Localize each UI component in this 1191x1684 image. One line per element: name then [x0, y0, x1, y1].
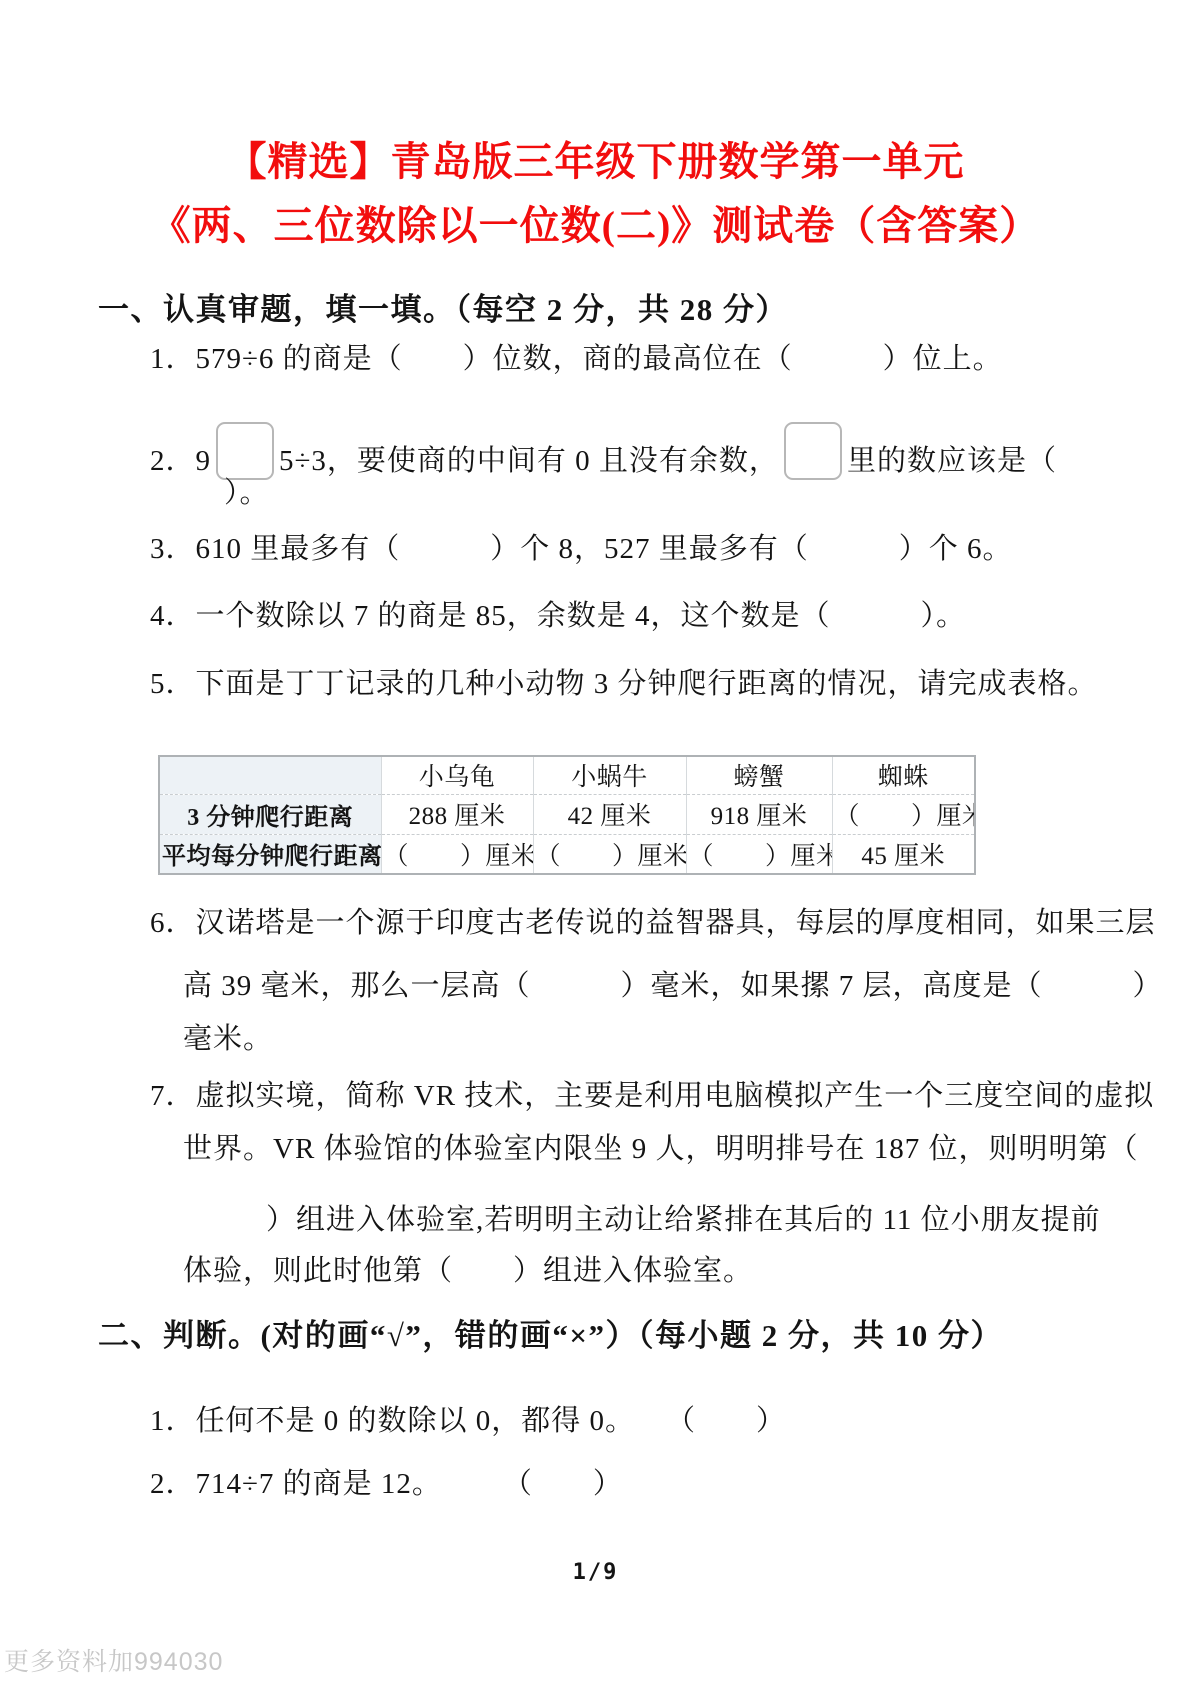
- table-cell: 45 厘米: [832, 834, 975, 874]
- table-header-row: 小乌龟 小蜗牛 螃蟹 蜘蛛: [159, 756, 975, 794]
- section-1-question-1: 1．579÷6 的商是（ ）位数，商的最高位在（ ）位上。: [150, 342, 1003, 376]
- table-cell: （ ）厘米: [832, 794, 975, 834]
- table-row-label: 3 分钟爬行距离: [159, 794, 381, 834]
- section-1-question-6-line-3: 毫米。: [183, 1022, 273, 1056]
- table-cell: 918 厘米: [686, 794, 832, 834]
- paper-title-line-2: 《两、三位数除以一位数(二)》测试卷（含答案）: [0, 194, 1191, 251]
- section-1-question-4: 4．一个数除以 7 的商是 85，余数是 4，这个数是（ ）。: [150, 599, 966, 633]
- watermark-text: 更多资料加994030: [4, 1642, 223, 1678]
- table-corner-cell: [159, 756, 381, 794]
- test-paper-page: { "colors": { "title_red": "#f20d0d", "t…: [0, 0, 1191, 1684]
- answer-box-1: [216, 422, 274, 480]
- table-header-turtle: 小乌龟: [381, 756, 533, 794]
- question-2-text-mid: 5÷3，要使商的中间有 0 且没有余数，: [279, 445, 779, 477]
- section-1-question-2: 2．95÷3，要使商的中间有 0 且没有余数，里的数应该是（: [150, 422, 1057, 480]
- page-number: 1/9: [0, 1560, 1191, 1585]
- question-2-text-pre: 2．9: [150, 445, 211, 477]
- crawl-distance-table: 小乌龟 小蜗牛 螃蟹 蜘蛛 3 分钟爬行距离 288 厘米 42 厘米 918 …: [158, 755, 976, 875]
- section-1-question-7-line-4: 体验，则此时他第（ ）组进入体验室。: [183, 1254, 753, 1288]
- section-1-question-2-continuation: ）。: [224, 476, 270, 510]
- table-row-distance: 3 分钟爬行距离 288 厘米 42 厘米 918 厘米 （ ）厘米: [159, 794, 975, 834]
- table-cell: （ ）厘米: [533, 834, 686, 874]
- crawl-distance-table-wrapper: 小乌龟 小蜗牛 螃蟹 蜘蛛 3 分钟爬行距离 288 厘米 42 厘米 918 …: [158, 755, 976, 875]
- table-cell: （ ）厘米: [381, 834, 533, 874]
- table-cell: 288 厘米: [381, 794, 533, 834]
- table-cell: 42 厘米: [533, 794, 686, 834]
- section-2-heading: 二、判断。(对的画“√”，错的画“×”）（每小题 2 分，共 10 分）: [98, 1310, 1003, 1355]
- table-row-average: 平均每分钟爬行距离 （ ）厘米 （ ）厘米 （ ）厘米 45 厘米: [159, 834, 975, 874]
- section-1-question-5: 5．下面是丁丁记录的几种小动物 3 分钟爬行距离的情况，请完成表格。: [150, 667, 1098, 701]
- table-header-crab: 螃蟹: [686, 756, 832, 794]
- table-header-spider: 蜘蛛: [832, 756, 975, 794]
- section-1-question-7-line-3: ）组进入体验室,若明明主动让给紧排在其后的 11 位小朋友提前: [266, 1203, 1101, 1237]
- section-1-heading: 一、认真审题，填一填。（每空 2 分，共 28 分）: [98, 284, 788, 329]
- section-1-question-7-line-2: 世界。VR 体验馆的体验室内限坐 9 人，明明排号在 187 位，则明明第（: [183, 1132, 1139, 1166]
- table-row-label: 平均每分钟爬行距离: [159, 834, 381, 874]
- section-1-question-6-line-1: 6．汉诺塔是一个源于印度古老传说的益智器具，每层的厚度相同，如果三层: [150, 906, 1156, 940]
- question-2-text-post: 里的数应该是（: [847, 445, 1057, 477]
- paper-title-line-1: 【精选】青岛版三年级下册数学第一单元: [0, 130, 1191, 187]
- section-2-question-1: 1．任何不是 0 的数除以 0，都得 0。 （ ）: [150, 1404, 786, 1438]
- answer-box-2: [784, 422, 842, 480]
- section-1-question-3: 3．610 里最多有（ ）个 8，527 里最多有（ ）个 6。: [150, 532, 1013, 566]
- section-1-question-6-line-2: 高 39 毫米，那么一层高（ ）毫米，如果摞 7 层，高度是（ ）: [183, 969, 1163, 1003]
- section-2-question-2: 2．714÷7 的商是 12。 （ ）: [150, 1467, 623, 1501]
- table-cell: （ ）厘米: [686, 834, 832, 874]
- table-header-snail: 小蜗牛: [533, 756, 686, 794]
- section-1-question-7-line-1: 7．虚拟实境，简称 VR 技术，主要是利用电脑模拟产生一个三度空间的虚拟: [150, 1079, 1154, 1113]
